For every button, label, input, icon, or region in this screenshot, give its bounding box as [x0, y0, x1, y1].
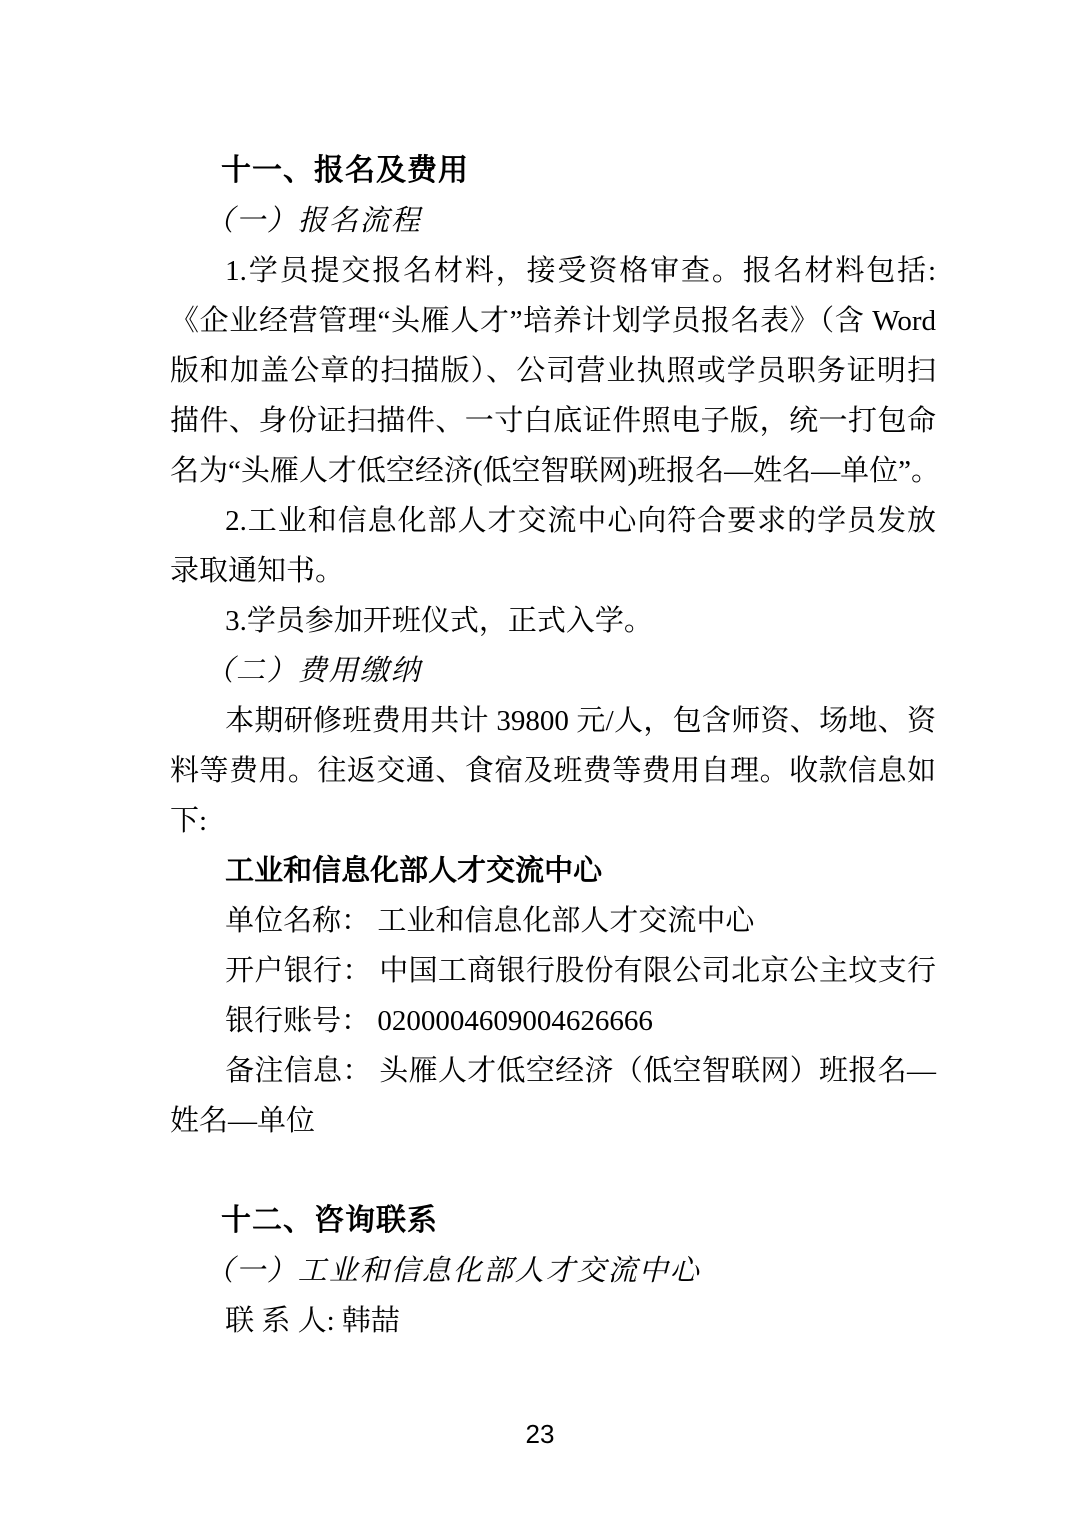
- text-line: 工业和信息化部人才交流中心: [170, 846, 936, 896]
- text-line: （一）工业和信息化部人才交流中心: [170, 1246, 936, 1296]
- text-line: 十二、咨询联系: [170, 1196, 936, 1246]
- blank-line: [170, 1146, 936, 1196]
- text-line: 2.工业和信息化部人才交流中心向符合要求的学员发放: [170, 496, 936, 546]
- text-line: 版和加盖公章的扫描版）、公司营业执照或学员职务证明扫: [170, 346, 936, 396]
- text-line: 名为“头雁人才低空经济(低空智联网)班报名—姓名—单位”。: [170, 446, 936, 496]
- text-line: 描件、身份证扫描件、一寸白底证件照电子版，统一打包命: [170, 396, 936, 446]
- page-number: 23: [0, 1419, 1080, 1450]
- text-line: 单位名称： 工业和信息化部人才交流中心: [170, 896, 936, 946]
- text-line: 本期研修班费用共计 39800 元/人，包含师资、场地、资: [170, 696, 936, 746]
- text-line: 录取通知书。: [170, 546, 936, 596]
- text-line: 《企业经营管理“头雁人才”培养计划学员报名表》（含 Word: [170, 296, 936, 346]
- text-line: （一）报名流程: [170, 196, 936, 246]
- text-line: 1.学员提交报名材料，接受资格审查。报名材料包括:: [170, 246, 936, 296]
- text-line: 联 系 人: 韩喆: [170, 1296, 936, 1346]
- text-line: （二）费用缴纳: [170, 646, 936, 696]
- text-line: 备注信息： 头雁人才低空经济（低空智联网）班报名—: [170, 1046, 936, 1096]
- text-line: 银行账号： 0200004609004626666: [170, 996, 936, 1046]
- document-page: 十一、报名及费用（一）报名流程1.学员提交报名材料，接受资格审查。报名材料包括:…: [0, 0, 1080, 1528]
- text-line: 开户银行： 中国工商银行股份有限公司北京公主坟支行: [170, 946, 936, 996]
- text-line: 下:: [170, 796, 936, 846]
- text-line: 十一、报名及费用: [170, 146, 936, 196]
- text-line: 3.学员参加开班仪式，正式入学。: [170, 596, 936, 646]
- document-content: 十一、报名及费用（一）报名流程1.学员提交报名材料，接受资格审查。报名材料包括:…: [170, 146, 936, 1346]
- text-line: 料等费用。往返交通、食宿及班费等费用自理。收款信息如: [170, 746, 936, 796]
- text-line: 姓名—单位: [170, 1096, 936, 1146]
